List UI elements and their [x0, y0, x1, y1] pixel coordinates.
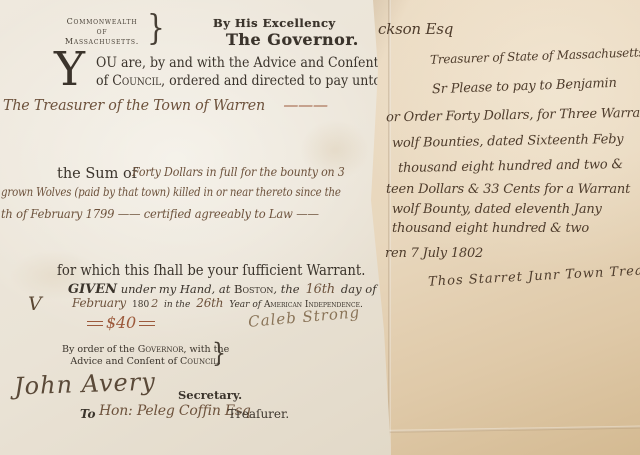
- day-of-printed: day of: [341, 282, 377, 296]
- amount-text: $40: [106, 313, 136, 332]
- given-mid2: , the: [273, 282, 299, 296]
- scanned-documents: ckson Esq Treasurer of State of Massachu…: [0, 0, 640, 455]
- left-document-paper: Commonwealth of Massachusetts. } By His …: [0, 0, 392, 455]
- certified-line: th of February 1799 —— certified agreeab…: [1, 206, 346, 221]
- payee-handwriting: The Treasurer of the Town of Warren ———: [3, 96, 328, 114]
- month-handwritten: February: [72, 296, 126, 310]
- vertical-crease: [388, 0, 391, 455]
- by-order-line-1: By order of the Governor, with the: [62, 344, 229, 356]
- given-mid1: under my Hand, at: [117, 282, 234, 296]
- the-governor-title: The Governor.: [226, 30, 359, 49]
- sum-text: Forty Dollars in full for the bounty on …: [132, 165, 345, 179]
- flourish-left: [87, 321, 103, 326]
- payee-trailing-rule: ———: [283, 96, 327, 114]
- right-doc-line: teen Dollars & 33 Cents for a Warrant: [386, 182, 630, 197]
- by-his-excellency: By His Excellency: [213, 16, 336, 30]
- wolves-line: grown Wolves (paid by that town) killed …: [1, 185, 401, 199]
- given-line-1: GIVEN under my Hand, at Boston, the 16th…: [68, 282, 376, 297]
- sum-label: the Sum of: [57, 166, 137, 182]
- in-the-printed: in the: [164, 300, 190, 310]
- opening-line-2-text: of Council, ordered and directed to pay …: [96, 73, 381, 89]
- year-digit-handwritten: 2: [151, 297, 158, 310]
- amount-flourish: $40: [84, 313, 158, 332]
- opening-line-2: of Council, ordered and directed to pay …: [96, 73, 413, 89]
- flourish-right: [139, 321, 155, 326]
- given-printed: GIVEN under my Hand, at Boston, the: [68, 282, 300, 297]
- independence-year-handwritten: 26th: [196, 296, 223, 310]
- line2-post: , ordered and directed to pay unto: [161, 73, 381, 89]
- opening-line-1: OU are, by and with the Advice and Conſe…: [96, 55, 410, 71]
- certified-text: th of February 1799 —— certified agreeab…: [1, 206, 319, 221]
- given-word: GIVEN: [68, 282, 117, 297]
- opening-line-1-text: OU are, by and with the Advice and Conſe…: [96, 55, 379, 71]
- sum-handwriting: Forty Dollars in full for the bounty on …: [132, 165, 363, 179]
- council-smallcaps: Council: [112, 73, 161, 89]
- governor-smallcaps: Governor: [138, 344, 184, 355]
- order-l1-pre: By order of the: [62, 344, 138, 355]
- line2-pre: of: [96, 73, 112, 89]
- by-order-line-2: Advice and Conſent of Council.: [62, 356, 229, 368]
- checkmark: V: [28, 293, 42, 315]
- sufficient-warrant-text: for which this ſhall be your ſufficient …: [57, 261, 365, 279]
- right-doc-line: thousand eight hundred & two: [392, 221, 589, 236]
- day-handwritten: 16th: [306, 282, 335, 297]
- header-brace: }: [147, 7, 165, 48]
- year-printed: 180: [132, 300, 149, 310]
- boston-smallcaps: Boston: [234, 282, 273, 296]
- order-brace: }: [212, 339, 226, 369]
- order-l2-pre: Advice and Conſent of: [70, 356, 180, 367]
- right-doc-addressee: ckson Esq: [378, 20, 453, 38]
- commonwealth-line: of: [56, 27, 148, 37]
- treasurer-label: Treaſurer.: [228, 407, 289, 421]
- horizontal-crease: [355, 426, 640, 434]
- by-order-block: By order of the Governor, with the Advic…: [62, 344, 229, 367]
- payee-text: The Treasurer of the Town of Warren: [3, 96, 265, 114]
- sufficient-warrant-line: for which this ſhall be your ſufficient …: [57, 261, 407, 279]
- commonwealth-line: Commonwealth: [56, 17, 148, 27]
- right-doc-line: wolf Bounty, dated eleventh Jany: [392, 202, 602, 217]
- wolves-text: grown Wolves (paid by that town) killed …: [1, 185, 341, 199]
- right-doc-dateline: ren 7 July 1802: [385, 246, 483, 261]
- year-of-text: Year of: [229, 300, 264, 310]
- secretary-label: Secretary.: [178, 388, 242, 402]
- secretary-signature: John Avery: [14, 368, 157, 401]
- dropcap-Y: Y: [54, 48, 85, 92]
- to-label: To: [80, 407, 96, 421]
